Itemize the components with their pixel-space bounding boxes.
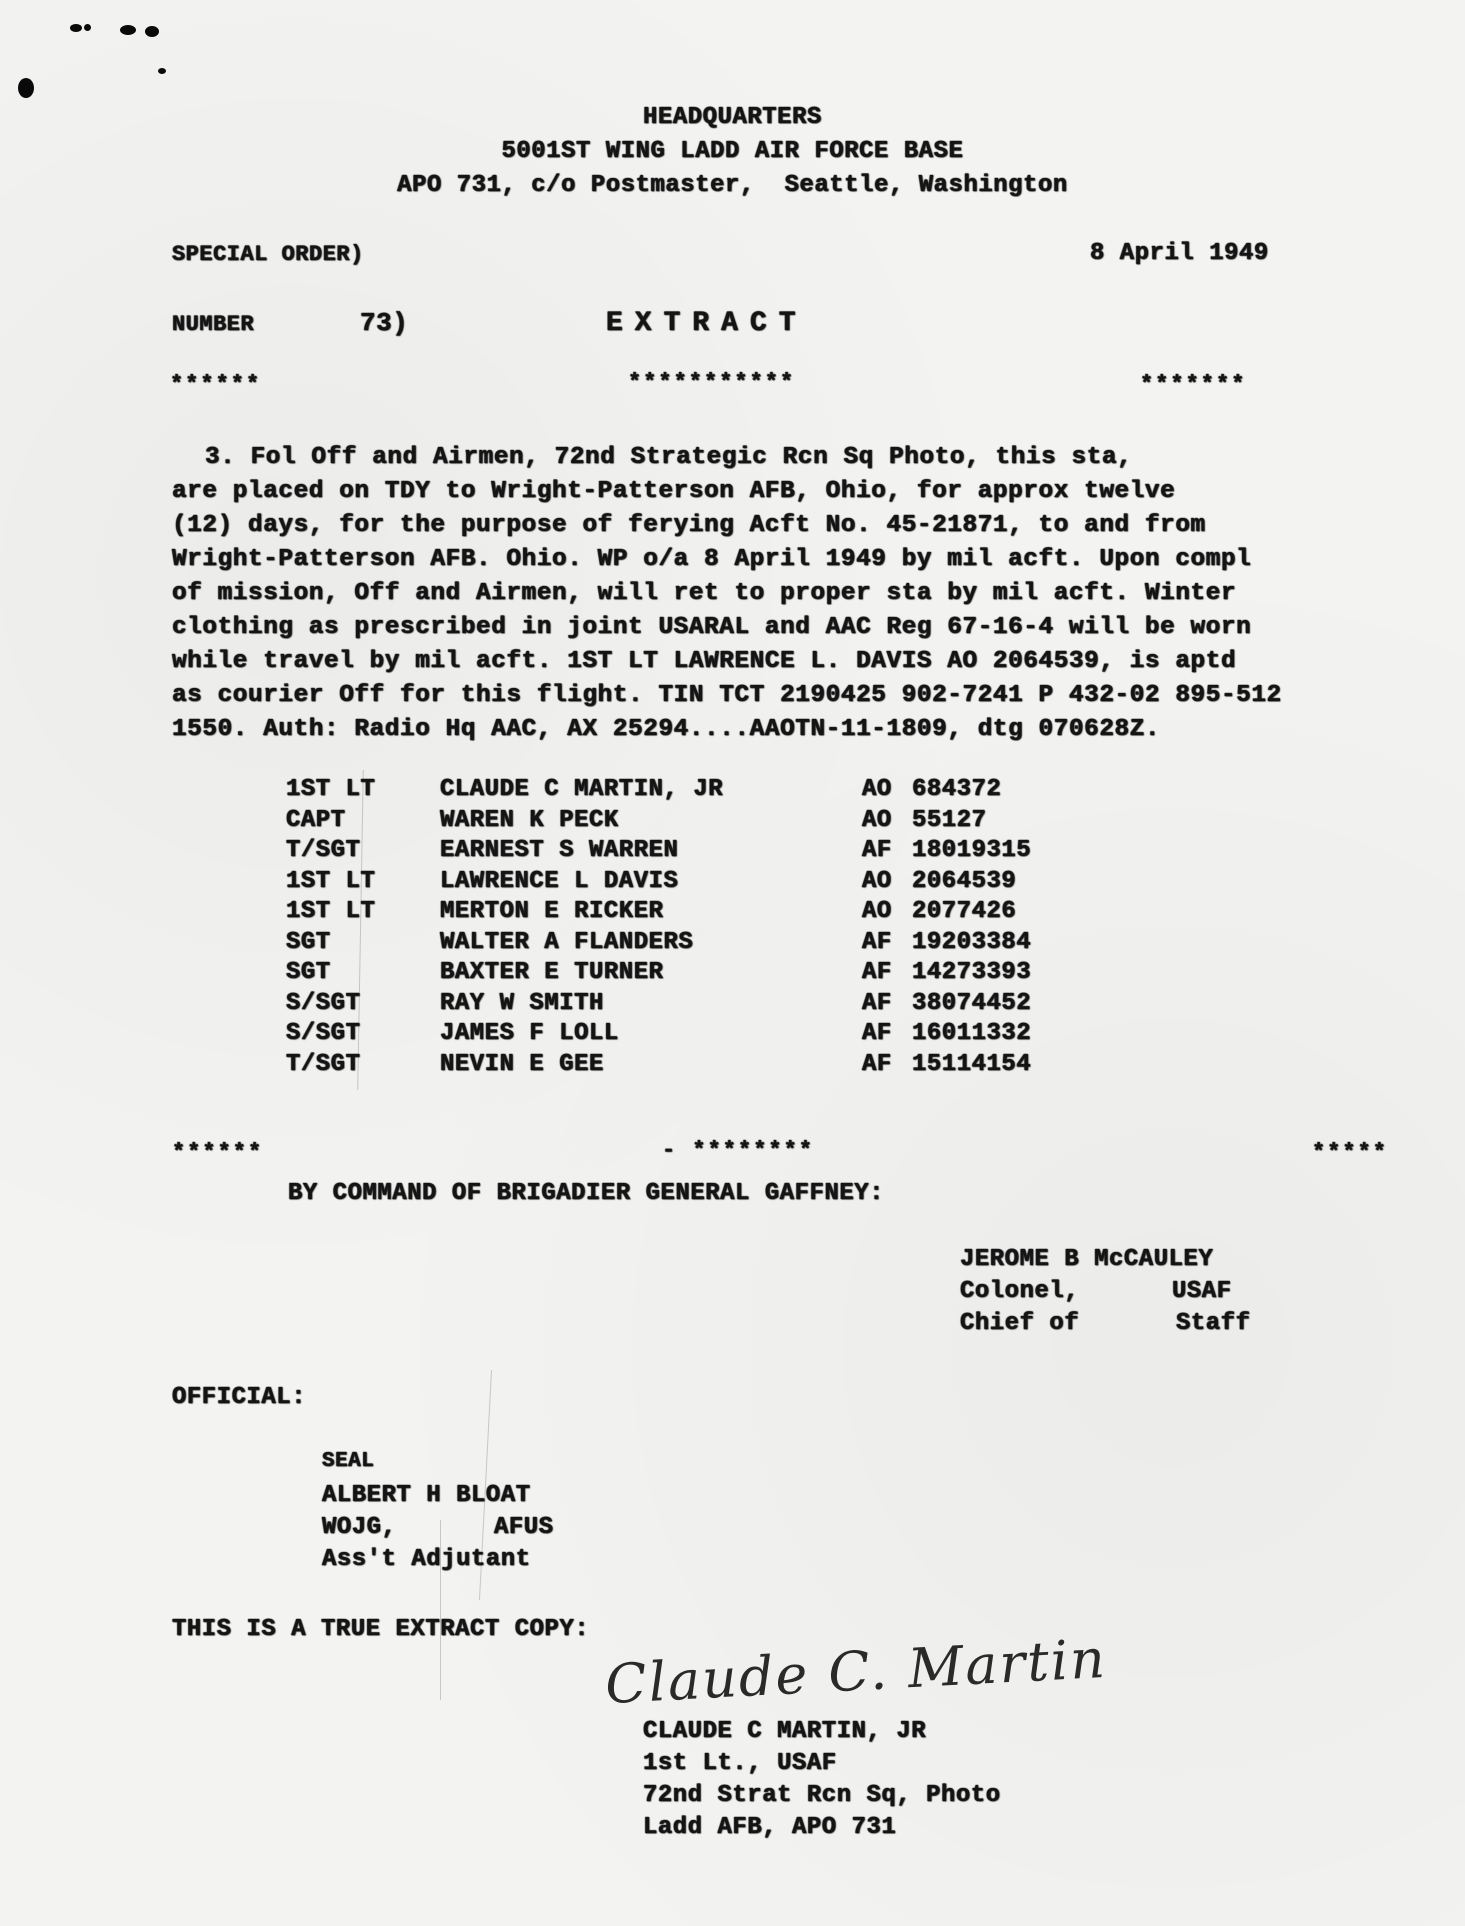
official-label: OFFICIAL: xyxy=(172,1384,306,1411)
serial-cell: 38074452 xyxy=(912,990,1031,1017)
official-branch: AFUS xyxy=(494,1514,554,1541)
service-cell: AF xyxy=(862,837,892,864)
service-cell: AO xyxy=(862,868,892,895)
separator-left: ****** xyxy=(170,372,261,397)
certifier-location: Ladd AFB, APO 731 xyxy=(643,1814,896,1841)
serial-cell: 55127 xyxy=(912,807,987,834)
name-cell: CLAUDE C MARTIN, JR xyxy=(440,776,723,803)
name-cell: MERTON E RICKER xyxy=(440,898,664,925)
name-cell: LAWRENCE L DAVIS xyxy=(440,868,678,895)
commander-branch: USAF xyxy=(1172,1278,1232,1305)
document-page: HEADQUARTERS 5001ST WING LADD AIR FORCE … xyxy=(0,0,1465,1926)
number-label: NUMBER xyxy=(172,312,254,337)
rank-cell: SGT xyxy=(286,929,331,956)
extract-title: EXTRACT xyxy=(606,308,808,339)
rank-cell: T/SGT xyxy=(286,837,361,864)
name-cell: WAREN K PECK xyxy=(440,807,619,834)
service-cell: AF xyxy=(862,959,892,986)
service-cell: AF xyxy=(862,990,892,1017)
footer-separator-right: ***** xyxy=(1312,1140,1388,1165)
header-line-2: 5001ST WING LADD AIR FORCE BASE xyxy=(0,138,1465,165)
header-line-1: HEADQUARTERS xyxy=(0,104,1465,131)
ink-speck xyxy=(70,24,82,32)
serial-cell: 19203384 xyxy=(912,929,1031,956)
name-cell: NEVIN E GEE xyxy=(440,1051,604,1078)
footer-separator-left: ****** xyxy=(172,1140,263,1165)
rank-cell: S/SGT xyxy=(286,1020,361,1047)
commander-title-3: Staff xyxy=(1176,1310,1251,1337)
name-cell: RAY W SMITH xyxy=(440,990,604,1017)
paragraph-line: clothing as prescribed in joint USARAL a… xyxy=(172,614,1251,641)
name-cell: BAXTER E TURNER xyxy=(440,959,664,986)
service-cell: AO xyxy=(862,898,892,925)
order-date: 8 April 1949 xyxy=(1090,240,1269,267)
service-cell: AF xyxy=(862,1051,892,1078)
paragraph-line: while travel by mil acft. 1ST LT LAWRENC… xyxy=(172,648,1236,675)
serial-cell: 18019315 xyxy=(912,837,1031,864)
name-cell: JAMES F LOLL xyxy=(440,1020,619,1047)
rank-cell: 1ST LT xyxy=(286,898,375,925)
service-cell: AO xyxy=(862,807,892,834)
name-cell: EARNEST S WARREN xyxy=(440,837,678,864)
separator-right: ******* xyxy=(1140,372,1246,397)
true-copy-label: THIS IS A TRUE EXTRACT COPY: xyxy=(172,1616,589,1643)
paragraph-line: are placed on TDY to Wright-Patterson AF… xyxy=(172,478,1175,505)
ink-speck xyxy=(120,25,136,35)
ink-speck xyxy=(84,24,91,31)
paragraph-line: Wright-Patterson AFB. Ohio. WP o/a 8 Apr… xyxy=(172,546,1251,573)
serial-cell: 2077426 xyxy=(912,898,1016,925)
serial-cell: 14273393 xyxy=(912,959,1031,986)
commander-title-2: Chief of xyxy=(960,1310,1079,1337)
handwritten-signature: Claude C. Martin xyxy=(604,1627,1109,1716)
service-cell: AF xyxy=(862,929,892,956)
ink-speck xyxy=(158,68,166,74)
rank-cell: CAPT xyxy=(286,807,346,834)
footer-separator-center: - ******** xyxy=(662,1138,814,1163)
paragraph-line: of mission, Off and Airmen, will ret to … xyxy=(172,580,1236,607)
rank-cell: 1ST LT xyxy=(286,776,375,803)
ink-speck xyxy=(145,26,159,37)
certifier-rank: 1st Lt., USAF xyxy=(643,1750,837,1777)
serial-cell: 2064539 xyxy=(912,868,1016,895)
seal-label: SEAL xyxy=(322,1450,374,1473)
commander-name: JEROME B McCAULEY xyxy=(960,1246,1213,1273)
certifier-name: CLAUDE C MARTIN, JR xyxy=(643,1718,926,1745)
serial-cell: 16011332 xyxy=(912,1020,1031,1047)
certifier-unit: 72nd Strat Rcn Sq, Photo xyxy=(643,1782,1001,1809)
paragraph-line: 3. Fol Off and Airmen, 72nd Strategic Rc… xyxy=(205,444,1132,471)
paragraph-line: (12) days, for the purpose of ferying Ac… xyxy=(172,512,1206,539)
rank-cell: T/SGT xyxy=(286,1051,361,1078)
rank-cell: SGT xyxy=(286,959,331,986)
serial-cell: 15114154 xyxy=(912,1051,1031,1078)
name-cell: WALTER A FLANDERS xyxy=(440,929,693,956)
serial-cell: 684372 xyxy=(912,776,1001,803)
paragraph-line: as courier Off for this flight. TIN TCT … xyxy=(172,682,1282,709)
order-number: 73) xyxy=(360,308,408,338)
special-order-label: SPECIAL ORDER) xyxy=(172,242,364,267)
service-cell: AF xyxy=(862,1020,892,1047)
paragraph-line: 1550. Auth: Radio Hq AAC, AX 25294....AA… xyxy=(172,716,1160,743)
rank-cell: 1ST LT xyxy=(286,868,375,895)
command-line: BY COMMAND OF BRIGADIER GENERAL GAFFNEY: xyxy=(288,1180,884,1207)
ink-speck xyxy=(18,78,34,98)
commander-title-1: Colonel, xyxy=(960,1278,1079,1305)
separator-center: *********** xyxy=(628,370,795,395)
service-cell: AO xyxy=(862,776,892,803)
official-title: Ass't Adjutant xyxy=(322,1546,531,1573)
official-rank: WOJG, xyxy=(322,1514,397,1541)
official-name: ALBERT H BLOAT xyxy=(322,1482,531,1509)
header-line-3: APO 731, c/o Postmaster, Seattle, Washin… xyxy=(0,172,1465,199)
rank-cell: S/SGT xyxy=(286,990,361,1017)
